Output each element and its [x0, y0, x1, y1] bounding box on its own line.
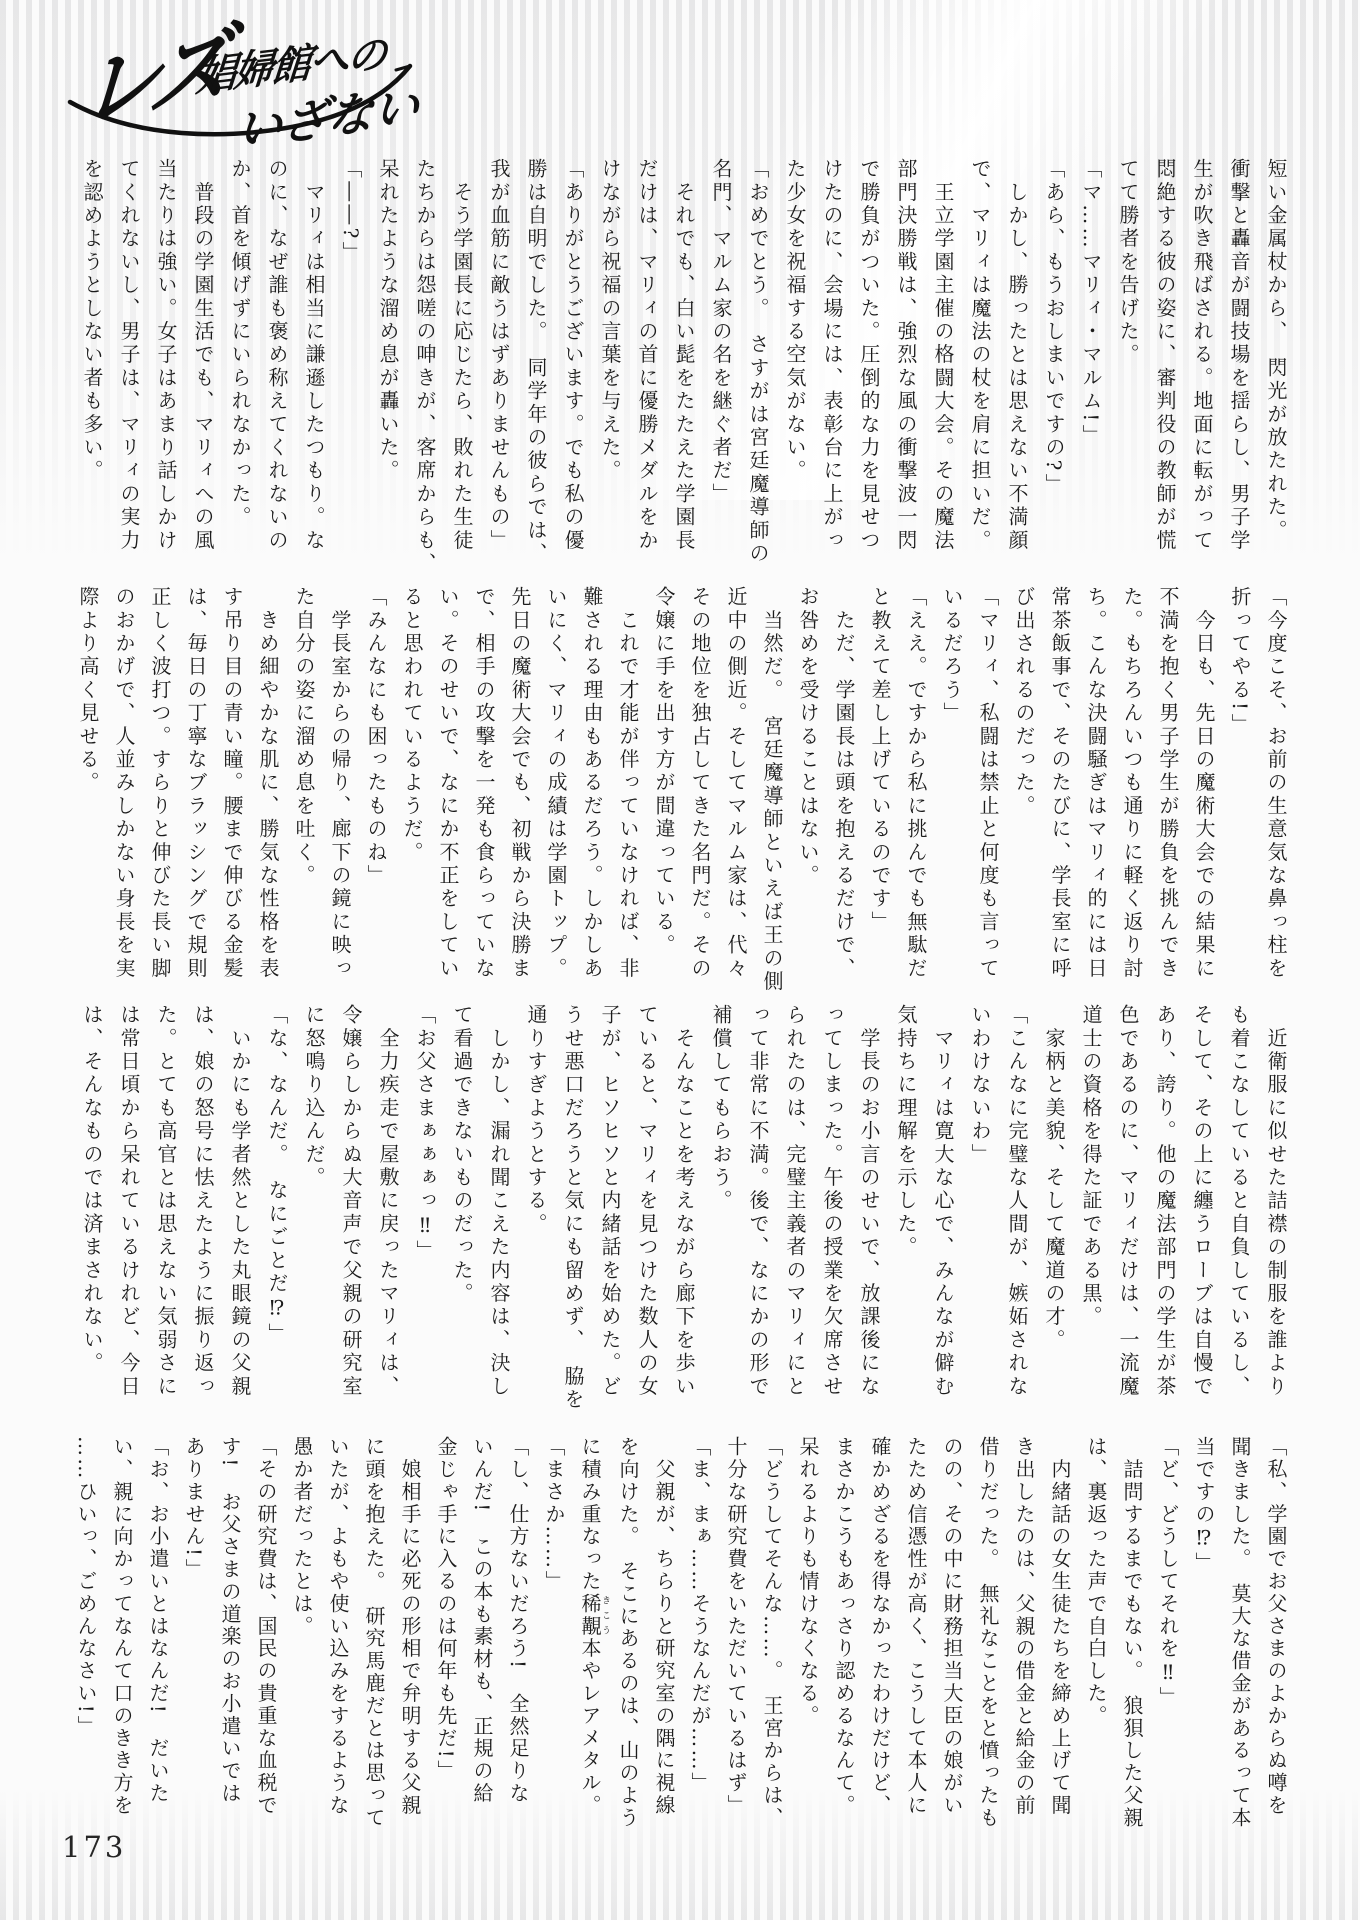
text-band-2: 「今度こそ、お前の生意気な鼻っ柱を折ってやる!」 今日も、先日の魔術大会での結果… — [70, 586, 1294, 988]
text-column: 今日も、先日の魔術大会での結果に — [1186, 586, 1222, 988]
text-column: は常日頃から呆れているけれど、今日 — [110, 1004, 147, 1404]
text-column: いわけないわ」 — [961, 1004, 998, 1404]
text-column: ち。こんな決闘騒ぎはマリィ的には日 — [1078, 586, 1114, 988]
text-column: 「おめでとう。 さすがは宮廷魔導師の — [739, 158, 776, 560]
text-column: い、親に向かってなんて口のきき方を — [104, 1436, 140, 1822]
text-column: 王立学園主催の格闘大会。その魔法 — [924, 158, 961, 560]
book-page: レズ 娼婦館への いざない 短い金属杖から、 閃光が放たれた。衝撃と轟音が闘技場… — [0, 0, 1360, 1920]
text-column: そんなことを考えながら廊下を歩い — [665, 1004, 702, 1404]
text-column: い。そのせいで、なにか不正をしてい — [430, 586, 466, 988]
text-column: 「な、なんだ。 なにごとだ⁉」 — [258, 1004, 295, 1404]
text-column: 勝は自明でした。 同学年の彼らでは、 — [517, 158, 554, 560]
text-column: 「みんなにも困ったものね」 — [358, 586, 394, 988]
text-column: 愚か者だったとは。 — [284, 1436, 320, 1822]
text-column: 当然だ。 宮廷魔導師といえば王の側 — [754, 586, 790, 988]
text-column: 令嬢らしからぬ大音声で父親の研究室 — [332, 1004, 369, 1404]
text-column: か、首を傾げずにいられなかった。 — [221, 158, 258, 560]
text-column: 「ええ。ですから私に挑んでも無駄だ — [898, 586, 934, 988]
text-column: いたが、よもや使い込みをするような — [320, 1436, 356, 1822]
text-column: お咎めを受けることはない。 — [790, 586, 826, 988]
text-column: て看過できないものだった。 — [443, 1004, 480, 1404]
text-column: マリィは相当に謙遜したつもり。な — [295, 158, 332, 560]
text-column: 我が血筋に敵うはずありませんもの」 — [480, 158, 517, 560]
text-column: しかし、勝ったとは思えない不満顔 — [998, 158, 1035, 560]
text-column: しかし、漏れ聞こえた内容は、決し — [480, 1004, 517, 1404]
text-column: 難される理由もあるだろう。しかしあ — [574, 586, 610, 988]
text-column: これで才能が伴っていなければ、非 — [610, 586, 646, 988]
text-column: 近衛服に似せた詰襟の制服を誰より — [1257, 1004, 1294, 1404]
text-column: たため信憑性が高く、こうして本人に — [898, 1436, 934, 1822]
text-column: ると思われているようだ。 — [394, 586, 430, 988]
text-column: 令嬢に手を出す方が間違っている。 — [646, 586, 682, 988]
text-column: 近中の側近。そしてマルム家は、代々 — [718, 586, 754, 988]
text-column: ありません!」 — [176, 1436, 212, 1822]
text-column: た自分の姿に溜め息を吐く。 — [286, 586, 322, 988]
text-column: 「あら、もうおしまいですの?」 — [1035, 158, 1072, 560]
book-logo: レズ 娼婦館への いざない — [28, 0, 428, 155]
text-band-4: 「私、学園でお父さまのよからぬ噂を聞きました。 莫大な借金があるって本当ですの⁉… — [68, 1436, 1294, 1822]
text-column: を向けた。 そこにあるのは、山のよう — [610, 1436, 646, 1822]
text-column: 「こんなに完璧な人間が、嫉妬されな — [998, 1004, 1035, 1404]
text-column: のおかげで、人並みしかない身長を実 — [106, 586, 142, 988]
text-column: は、毎日の丁寧なブラッシングで規則 — [178, 586, 214, 988]
text-column: で、相手の攻撃を一発も食らっていな — [466, 586, 502, 988]
text-column: 「ど、どうしてそれを‼」 — [1150, 1436, 1186, 1822]
text-column: 学長のお小言のせいで、放課後にな — [850, 1004, 887, 1404]
text-column: と教えて差し上げているのです」 — [862, 586, 898, 988]
text-column: 借りだった。 無礼なことをと憤ったも — [970, 1436, 1006, 1822]
text-column: ってしまった。午後の授業を欠席させ — [813, 1004, 850, 1404]
text-column: 短い金属杖から、 閃光が放たれた。 — [1257, 158, 1294, 560]
text-column: 不満を抱く男子学生が勝負を挑んでき — [1150, 586, 1186, 988]
text-column: 正しく波打つ。すらりと伸びた長い脚 — [142, 586, 178, 988]
text-column: 「私、学園でお父さまのよからぬ噂を — [1258, 1436, 1294, 1822]
text-column: けながら祝福の言葉を与えた。 — [591, 158, 628, 560]
text-column: その地位を独占してきた名門だ。その — [682, 586, 718, 988]
text-column: 普段の学園生活でも、マリィへの風 — [184, 158, 221, 560]
text-column: も着こなしていると自負しているし、 — [1220, 1004, 1257, 1404]
text-column: 補償してもらおう。 — [702, 1004, 739, 1404]
text-column: は、裏返った声で自白した。 — [1078, 1436, 1114, 1822]
text-column: 呆れたような溜め息が轟いた。 — [369, 158, 406, 560]
text-column: いかにも学者然とした丸眼鏡の父親 — [221, 1004, 258, 1404]
text-column: に頭を抱えた。 研究馬鹿だとは思って — [356, 1436, 392, 1822]
text-column: ただ、学園長は頭を抱えるだけで、 — [826, 586, 862, 988]
text-column: まさかこうもあっさり認めるなんて。 — [826, 1436, 862, 1822]
text-column: それでも、白い髭をたたえた学園長 — [665, 158, 702, 560]
text-column: 「マ……マリィ・マルム!」 — [1072, 158, 1109, 560]
text-column: 悶絶する彼の姿に、審判役の教師が慌 — [1146, 158, 1183, 560]
text-column: そして、その上に纏うローブは自慢で — [1183, 1004, 1220, 1404]
text-column: 詰問するまでもない。 狼狽した父親 — [1114, 1436, 1150, 1822]
text-column: 「その研究費は、国民の貴重な血税で — [248, 1436, 284, 1822]
text-column: 「お父さまぁぁぁっ‼」 — [406, 1004, 443, 1404]
text-column: 色であるのに、マリィだけは、一流魔 — [1109, 1004, 1146, 1404]
text-column: 際より高く見せる。 — [70, 586, 106, 988]
text-column: 部門決勝戦は、強烈な風の衝撃波一閃 — [887, 158, 924, 560]
text-column: のの、その中に財務担当大臣の娘がい — [934, 1436, 970, 1822]
text-band-3: 近衛服に似せた詰襟の制服を誰よりも着こなしていると自負しているし、そして、その上… — [73, 1004, 1294, 1404]
text-column: で勝負がついた。圧倒的な力を見せつ — [850, 158, 887, 560]
text-column: す吊り目の青い瞳。腰まで伸びる金髪 — [214, 586, 250, 988]
text-column: 金じゃ手に入るのは何年も先だ!」 — [428, 1436, 464, 1822]
text-column: 衝撃と轟音が闘技場を揺らし、男子学 — [1220, 158, 1257, 560]
text-column: 「――?」 — [332, 158, 369, 560]
text-column: 「まさか……」 — [536, 1436, 572, 1822]
text-column: 全力疾走で屋敷に戻ったマリィは、 — [369, 1004, 406, 1404]
text-column: に積み重なった稀覯きこう本やレアメタル。 — [572, 1436, 610, 1822]
text-column: 「お、お小遣いとはなんだ! だいた — [140, 1436, 176, 1822]
text-column: 道士の資格を得た証である黒。 — [1072, 1004, 1109, 1404]
text-column: 通りすぎようとする。 — [517, 1004, 554, 1404]
text-column: 折ってやる!」 — [1222, 586, 1258, 988]
text-column: 家柄と美貌、そして魔道の才。 — [1035, 1004, 1072, 1404]
text-column: 学長室からの帰り、廊下の鏡に映っ — [322, 586, 358, 988]
text-column: きめ細やかな肌に、勝気な性格を表 — [250, 586, 286, 988]
text-column: って非常に不満。後で、なにかの形で — [739, 1004, 776, 1404]
text-column: は、娘の怒号に怯えたように振り返っ — [184, 1004, 221, 1404]
text-column: に怒鳴り込んだ。 — [295, 1004, 332, 1404]
text-column: ていると、マリィを見つけた数人の女 — [628, 1004, 665, 1404]
text-column: 当ですの⁉」 — [1186, 1436, 1222, 1822]
text-column: 常茶飯事で、そのたびに、学長室に呼 — [1042, 586, 1078, 988]
page-number: 173 — [62, 1830, 126, 1864]
text-column: たちからは怨嗟の呻きが、客席からも、 — [406, 158, 443, 560]
text-column: そう学園長に応じたら、敗れた生徒 — [443, 158, 480, 560]
text-column: 父親が、ちらりと研究室の隅に視線 — [646, 1436, 682, 1822]
text-column: られたのは、完璧主義者のマリィにと — [776, 1004, 813, 1404]
text-column: 呆れるよりも情けなくなる。 — [790, 1436, 826, 1822]
text-column: き出したのは、父親の借金と給金の前 — [1006, 1436, 1042, 1822]
text-column: び出されるのだった。 — [1006, 586, 1042, 988]
text-column: 娘相手に必死の形相で弁明する父親 — [392, 1436, 428, 1822]
text-column: 内緒話の女生徒たちを締め上げて聞 — [1042, 1436, 1078, 1822]
text-column: を認めようとしない者も多い。 — [73, 158, 110, 560]
text-column: 十分な研究費をいただいているはず」 — [718, 1436, 754, 1822]
text-column: けたのに、会場には、表彰台に上がっ — [813, 158, 850, 560]
text-column: 聞きました。 莫大な借金があるって本 — [1222, 1436, 1258, 1822]
text-column: 生が吹き飛ばされる。地面に転がって — [1183, 158, 1220, 560]
text-column: のに、なぜ誰も褒め称えてくれないの — [258, 158, 295, 560]
text-column: す! お父さまの道楽のお小遣いでは — [212, 1436, 248, 1822]
text-column: てくれないし、男子は、マリィの実力 — [110, 158, 147, 560]
text-band-1: 短い金属杖から、 閃光が放たれた。衝撃と轟音が闘技場を揺らし、男子学生が吹き飛ば… — [73, 158, 1294, 560]
text-column: 「ま、まぁ……そうなんだが……」 — [682, 1436, 718, 1822]
text-column: 「し、仕方ないだろう! 全然足りな — [500, 1436, 536, 1822]
text-column: てて勝者を告げた。 — [1109, 158, 1146, 560]
text-column: マリィは寛大な心で、みんなが僻む — [924, 1004, 961, 1404]
text-column: た少女を祝福する空気がない。 — [776, 158, 813, 560]
text-column: 当たりは強い。女子はあまり話しかけ — [147, 158, 184, 560]
text-column: た。とても高官とは思えない気弱さに — [147, 1004, 184, 1404]
text-column: だけは、マリィの首に優勝メダルをか — [628, 158, 665, 560]
text-column: 「どうしてそんな……。 王宮からは、 — [754, 1436, 790, 1822]
text-column: うせ悪口だろうと気にも留めず、 脇を — [554, 1004, 591, 1404]
text-column: 気持ちに理解を示した。 — [887, 1004, 924, 1404]
text-column: た。もちろんいつも通りに軽く返り討 — [1114, 586, 1150, 988]
text-column: で、マリィは魔法の杖を肩に担いだ。 — [961, 158, 998, 560]
text-column: 「ありがとうございます。でも私の優 — [554, 158, 591, 560]
text-column: 子が、ヒソヒソと内緒話を始めた。ど — [591, 1004, 628, 1404]
text-column: 先日の魔術大会でも、初戦から決勝ま — [502, 586, 538, 988]
text-column: いんだ! この本も素材も、正規の給 — [464, 1436, 500, 1822]
text-column: 名門、マルム家の名を継ぐ者だ」 — [702, 158, 739, 560]
text-column: いにく、マリィの成績は学園トップ。 — [538, 586, 574, 988]
text-column: いるだろう」 — [934, 586, 970, 988]
text-column: 「マリィ、私闘は禁止と何度も言って — [970, 586, 1006, 988]
text-column: は、そんなものでは済まされない。 — [73, 1004, 110, 1404]
text-column: あり、誇り。他の魔法部門の学生が茶 — [1146, 1004, 1183, 1404]
text-column: 「今度こそ、お前の生意気な鼻っ柱を — [1258, 586, 1294, 988]
text-column: 確かめざるを得なかったわけだけど、 — [862, 1436, 898, 1822]
text-column: ……ひいっ、ごめんなさい!」 — [68, 1436, 104, 1822]
